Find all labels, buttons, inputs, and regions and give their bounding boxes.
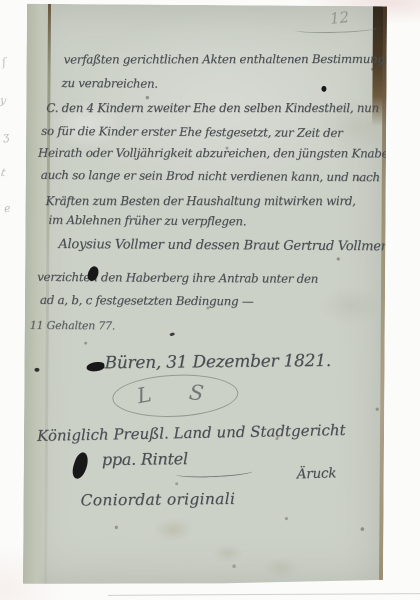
ink-blot [34, 368, 39, 372]
seal-oval: L S [111, 372, 239, 420]
ink-blot [321, 86, 326, 92]
manuscript-line: Aloysius Vollmer und dessen Braut Gertru… [58, 237, 386, 254]
bleed-mark: ſ [1, 56, 7, 70]
manuscript-line: Heirath oder Volljährigkeit abzureichen,… [38, 146, 396, 161]
manuscript-line: Kräften zum Besten der Haushaltung mitwi… [46, 194, 356, 208]
ink-blot [86, 361, 105, 372]
ink-blot [169, 332, 175, 337]
court-name-line: Königlich Preußl. Land und Stadtgericht [37, 421, 346, 445]
scan-artifact-line [108, 593, 420, 596]
manuscript-line: C. den 4 Kindern zweiter Ehe den selben … [46, 101, 379, 115]
scanned-photo: ſ y ʒ t e 12 verfaßten gerichtlichen Akt… [0, 0, 420, 600]
marginal-note: 11 Gehalten 77. [30, 319, 115, 333]
foxing-specks [27, 4, 29, 6]
manuscript-page: 12 verfaßten gerichtlichen Akten enthalt… [23, 4, 387, 586]
seal-letter-s: S [188, 380, 205, 406]
bleed-mark: e [3, 202, 11, 216]
bleed-mark: y [0, 94, 7, 108]
manuscript-line: zu verabreichen. [61, 76, 157, 91]
dateline: Büren, 31 Dezember 1821. [104, 351, 331, 373]
seal-letter-l: L [135, 382, 153, 408]
manuscript-line: auch so lange er sein Brod nicht verdien… [41, 168, 380, 184]
page-number-underline [295, 24, 377, 34]
bleed-mark: t [0, 166, 7, 180]
manuscript-line: so für die Kinder erster Ehe festgesetzt… [41, 124, 342, 140]
signature: ppa. Rintel [102, 449, 188, 469]
certification-line: Coniordat originali [80, 490, 235, 510]
manuscript-line: verfaßten gerichtlichen Akten enthaltene… [64, 52, 399, 67]
countersignature: Äruck [297, 465, 337, 482]
ink-blot [70, 451, 91, 481]
signature-flourish [176, 466, 254, 479]
bleed-mark: ʒ [2, 130, 10, 144]
manuscript-line: verzichten den Haberberg ihre Antrab unt… [37, 270, 318, 286]
manuscript-line: im Ablehnen früher zu verpflegen. [48, 213, 246, 228]
manuscript-line: ad a, b, c festgesetzten Bedingung — [40, 293, 254, 308]
